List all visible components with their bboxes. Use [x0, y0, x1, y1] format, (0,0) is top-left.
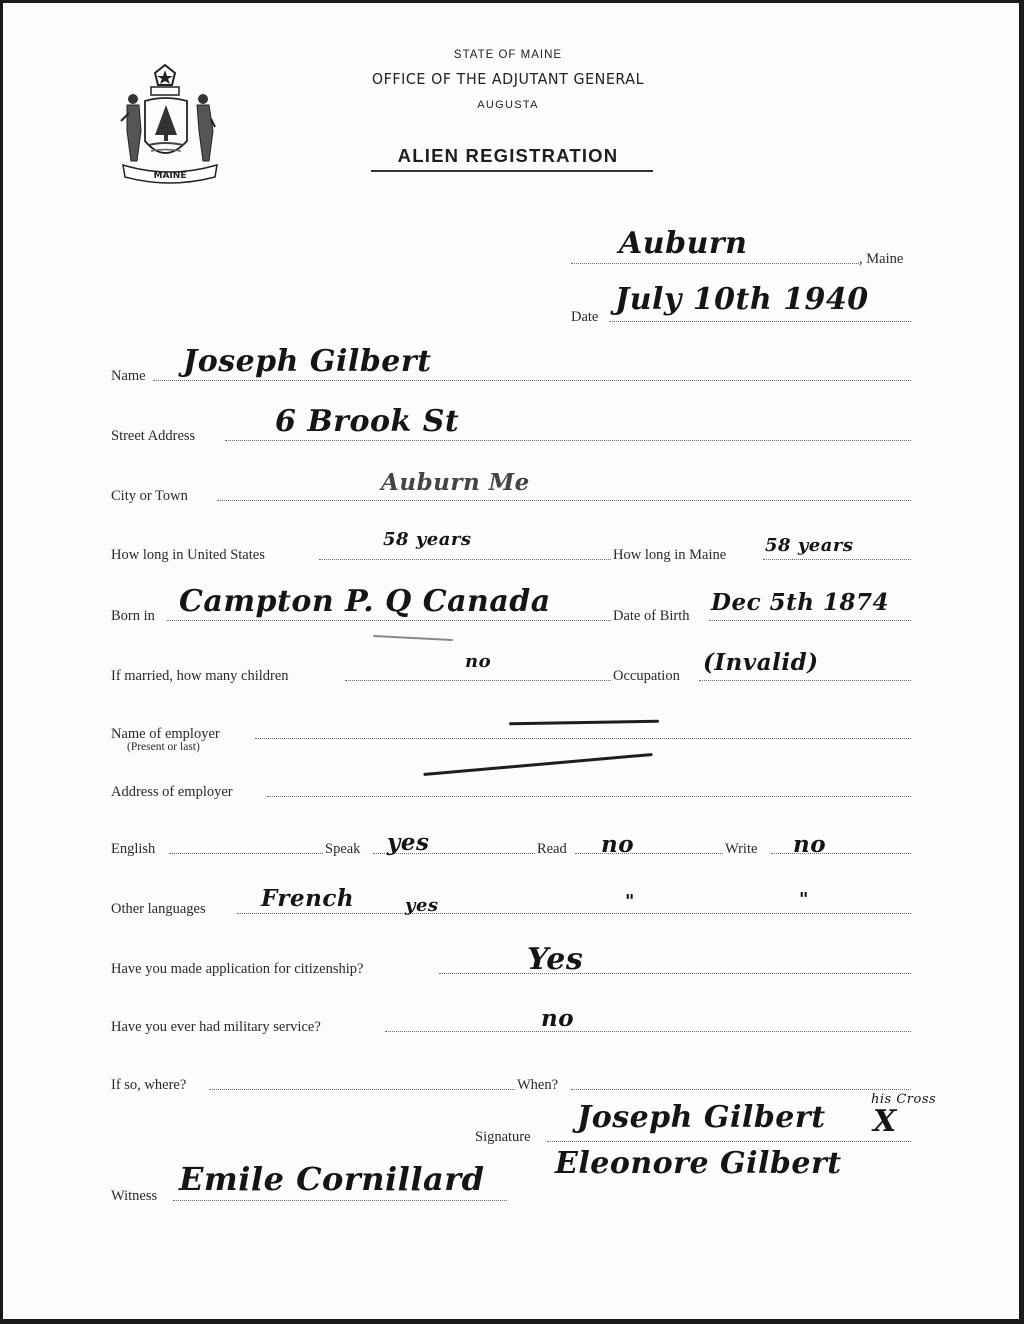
- citizenship-label: Have you made application for citizenshi…: [111, 962, 363, 977]
- occupation-field[interactable]: (Invalid): [703, 651, 819, 674]
- citizenship-field[interactable]: Yes: [527, 945, 583, 975]
- when-label: When?: [517, 1078, 558, 1093]
- street-address-line: [225, 440, 911, 441]
- employer-address-field[interactable]: [423, 753, 652, 776]
- military-service-field[interactable]: no: [541, 1007, 574, 1030]
- svg-text:MAINE: MAINE: [154, 171, 187, 181]
- town-suffix-label: , Maine: [859, 252, 903, 267]
- date-line: [609, 321, 911, 322]
- children-label: If married, how many children: [111, 669, 289, 684]
- employer-name-sublabel: (Present or last): [127, 741, 200, 753]
- occupation-label: Occupation: [613, 669, 680, 684]
- date-of-birth-field[interactable]: Dec 5th 1874: [711, 591, 889, 614]
- where-label: If so, where?: [111, 1078, 186, 1093]
- read-line: [575, 853, 723, 854]
- town-field[interactable]: Auburn: [619, 229, 748, 259]
- street-address-field[interactable]: 6 Brook St: [275, 407, 459, 437]
- date-label: Date: [571, 310, 598, 325]
- signature-field[interactable]: Joseph Gilbert: [577, 1103, 826, 1133]
- date-of-birth-label: Date of Birth: [613, 609, 690, 624]
- how-long-maine-label: How long in Maine: [613, 548, 726, 563]
- military-service-label: Have you ever had military service?: [111, 1020, 321, 1035]
- when-field[interactable]: [571, 1073, 911, 1089]
- how-long-us-line: [319, 559, 611, 560]
- employer-name-label: Name of employer: [111, 727, 220, 742]
- employer-address-line: [267, 796, 911, 797]
- citizenship-line: [439, 973, 911, 974]
- where-line: [209, 1089, 515, 1090]
- street-address-label: Street Address: [111, 429, 195, 444]
- name-field[interactable]: Joseph Gilbert: [183, 347, 432, 377]
- city-town-line: [217, 500, 911, 501]
- city-town-field[interactable]: Auburn Me: [381, 471, 530, 494]
- military-service-line: [385, 1031, 911, 1032]
- city-town-label: City or Town: [111, 489, 188, 504]
- other-languages-speak-field[interactable]: yes: [405, 897, 439, 915]
- english-line: [169, 853, 323, 854]
- born-in-label: Born in: [111, 609, 155, 624]
- form-title: ALIEN REGISTRATION: [258, 145, 758, 167]
- born-in-line: [167, 620, 611, 621]
- header-office: OFFICE OF THE ADJUTANT GENERAL: [278, 70, 738, 88]
- stray-pencil-mark: [373, 635, 453, 641]
- english-label: English: [111, 842, 155, 857]
- children-field[interactable]: no: [465, 653, 491, 671]
- other-languages-read-field[interactable]: ": [625, 893, 635, 911]
- header-state: STATE OF MAINE: [258, 49, 758, 61]
- write-label: Write: [725, 842, 757, 857]
- english-speak-field[interactable]: yes: [387, 831, 429, 854]
- title-underline: [371, 170, 653, 172]
- alien-registration-form: MAINE STATE OF MAINE OFFICE OF THE ADJUT…: [3, 3, 1019, 1319]
- how-long-maine-line: [763, 559, 911, 560]
- date-of-birth-line: [709, 620, 911, 621]
- header-city: AUGUSTA: [258, 99, 758, 111]
- witness-line: [173, 1200, 507, 1201]
- signature-second-name: Eleonore Gilbert: [555, 1149, 842, 1179]
- when-line: [571, 1089, 911, 1090]
- occupation-line: [699, 680, 911, 681]
- signature-label: Signature: [475, 1130, 531, 1145]
- signature-mark: X: [873, 1107, 897, 1137]
- speak-label: Speak: [325, 842, 360, 857]
- other-languages-write-field[interactable]: ": [799, 891, 809, 909]
- other-languages-label: Other languages: [111, 902, 206, 917]
- english-write-field[interactable]: no: [793, 833, 826, 856]
- children-line: [345, 680, 611, 681]
- town-line: [571, 263, 859, 264]
- other-languages-field[interactable]: French: [261, 887, 354, 910]
- name-label: Name: [111, 369, 146, 384]
- read-label: Read: [537, 842, 567, 857]
- born-in-field[interactable]: Campton P. Q Canada: [179, 587, 551, 617]
- how-long-maine-field[interactable]: 58 years: [765, 537, 854, 555]
- english-read-field[interactable]: no: [601, 833, 634, 856]
- signature-line: [547, 1141, 911, 1142]
- employer-address-label: Address of employer: [111, 785, 233, 800]
- employer-name-line: [255, 738, 911, 739]
- maine-state-seal-icon: MAINE: [115, 61, 225, 189]
- witness-field[interactable]: Emile Cornillard: [179, 1163, 484, 1195]
- how-long-us-field[interactable]: 58 years: [383, 531, 472, 549]
- witness-label: Witness: [111, 1189, 157, 1204]
- where-field[interactable]: [209, 1073, 515, 1089]
- other-languages-line: [237, 913, 911, 914]
- how-long-us-label: How long in United States: [111, 548, 265, 563]
- signature-mark-note: his Cross: [871, 1093, 936, 1106]
- name-line: [153, 380, 911, 381]
- write-line: [771, 853, 911, 854]
- date-field[interactable]: July 10th 1940: [615, 285, 869, 315]
- employer-name-field[interactable]: [509, 720, 659, 726]
